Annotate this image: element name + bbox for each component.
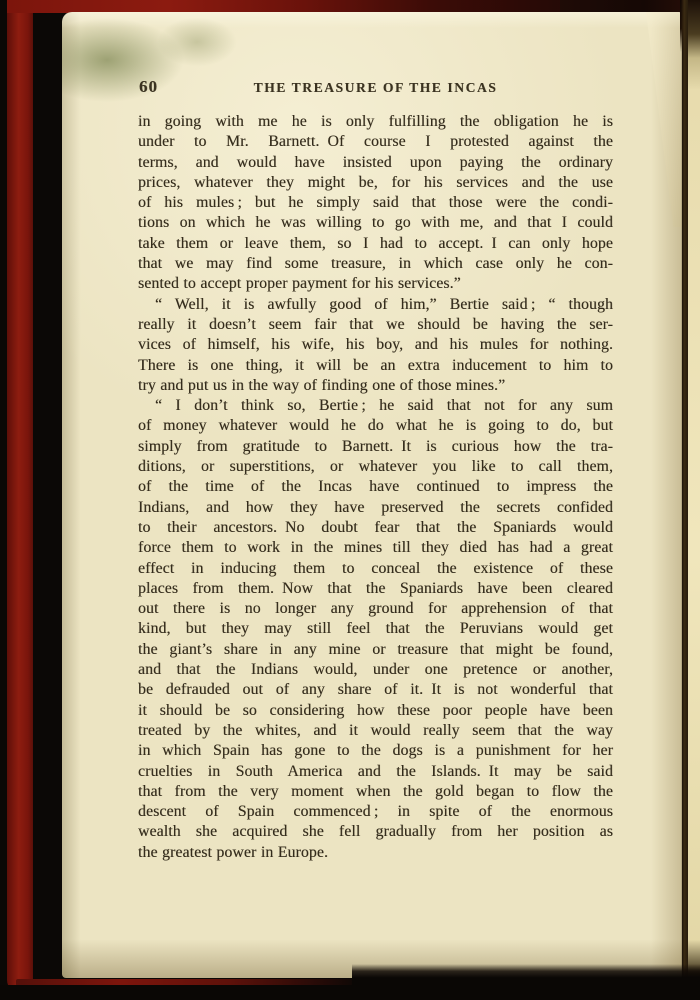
text-line: force them to work in the mines till the…: [138, 538, 613, 558]
text-line: in going with me he is only fulfilling t…: [138, 112, 613, 132]
text-line: ditions, or superstitions, or whatever y…: [138, 457, 613, 477]
text-line: treated by the whites, and it would real…: [138, 721, 613, 741]
page-header: 60 THE TREASURE OF THE INCAS: [138, 76, 613, 100]
text-line: that we may find some treasure, in which…: [138, 254, 613, 274]
text-line: wealth she acquired she fell gradually f…: [138, 822, 613, 842]
text-line: effect in inducing them to conceal the e…: [138, 559, 613, 579]
text-line: the greatest power in Europe.: [138, 843, 613, 863]
facing-page-edge: [688, 0, 700, 1000]
text-line: “ Well, it is awfully good of him,” Bert…: [138, 295, 613, 315]
book-page: 60 THE TREASURE OF THE INCAS in going wi…: [62, 12, 682, 978]
text-line: There is one thing, it will be an extra …: [138, 356, 613, 376]
text-line: under to Mr. Barnett. Of course I protes…: [138, 132, 613, 152]
text-line: of the time of the Incas have continued …: [138, 477, 613, 497]
text-line: to their ancestors. No doubt fear that t…: [138, 518, 613, 538]
text-line: “ I don’t think so, Bertie ; he said tha…: [138, 396, 613, 416]
text-line: prices, whatever they might be, for his …: [138, 173, 613, 193]
table-surface: [0, 985, 700, 1000]
text-block: in going with me he is only fulfilling t…: [138, 112, 613, 863]
text-line: sented to accept proper payment for his …: [138, 274, 613, 294]
text-line: that from the very moment when the gold …: [138, 782, 613, 802]
text-line: out there is no longer any ground for ap…: [138, 599, 613, 619]
text-line: in which Spain has gone to the dogs is a…: [138, 741, 613, 761]
text-line: cruelties in South America and the Islan…: [138, 762, 613, 782]
book-photograph: 60 THE TREASURE OF THE INCAS in going wi…: [0, 0, 700, 1000]
text-line: Indians, and how they have preserved the…: [138, 498, 613, 518]
text-line: and that the Indians would, under one pr…: [138, 660, 613, 680]
text-line: tions on which he was willing to go with…: [138, 213, 613, 233]
text-line: take them or leave them, so I had to acc…: [138, 234, 613, 254]
text-line: terms, and would have insisted upon payi…: [138, 153, 613, 173]
text-line: the giant’s share in any mine or treasur…: [138, 640, 613, 660]
text-line: descent of Spain commenced ; in spite of…: [138, 802, 613, 822]
text-line: it should be so considering how these po…: [138, 701, 613, 721]
page-gutter-shadow: [681, 0, 688, 1000]
text-line: of money whatever would he do what he is…: [138, 416, 613, 436]
text-line: kind, but they may still feel that the P…: [138, 619, 613, 639]
text-line: be defrauded out of any share of it. It …: [138, 680, 613, 700]
text-line: of his mules ; but he simply said that t…: [138, 193, 613, 213]
text-line: really it doesn’t seem fair that we shou…: [138, 315, 613, 335]
text-line: simply from gratitude to Barnett. It is …: [138, 437, 613, 457]
running-title: THE TREASURE OF THE INCAS: [138, 80, 613, 96]
text-line: places from them. Now that the Spaniards…: [138, 579, 613, 599]
page-corner-crease: [610, 12, 682, 227]
text-line: vices of himself, his wife, his boy, and…: [138, 335, 613, 355]
text-line: try and put us in the way of finding one…: [138, 376, 613, 396]
page-edge-stack: [29, 16, 65, 974]
